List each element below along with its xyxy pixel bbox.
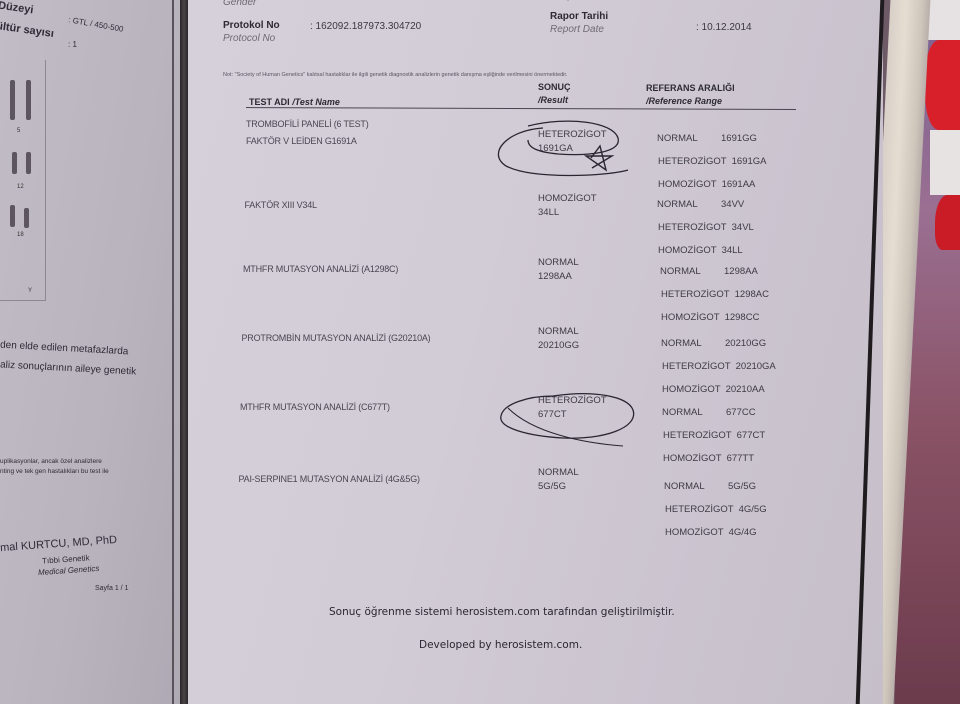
reference-range-row: HOMOZİGOT677TT bbox=[663, 453, 754, 476]
gender-label: Gender bbox=[223, 0, 256, 8]
background-red-object bbox=[925, 40, 960, 130]
paragraph-line: den elde edilen metafazlarda bbox=[0, 340, 129, 358]
report-date-value: : 10.12.2014 bbox=[696, 22, 752, 33]
reference-range-row: HETEROZİGOT1298AC bbox=[661, 289, 769, 312]
col-header-ref-en: /Reference Range bbox=[646, 96, 722, 106]
field-value: : GTL / 450-500 bbox=[68, 15, 124, 34]
test-result: NORMAL20210GG bbox=[538, 325, 579, 353]
reference-range-row: HOMOZİGOT20210AA bbox=[662, 384, 765, 407]
response-date-label: Response Date bbox=[550, 0, 619, 2]
reference-range-row: HETEROZİGOT677CT bbox=[663, 430, 765, 453]
reference-range-row: HOMOZİGOT4G/4G bbox=[665, 527, 757, 550]
protocol-value: : 162092.187973.304720 bbox=[310, 21, 421, 32]
page-number: Sayfa 1 / 1 bbox=[95, 585, 128, 592]
karyotype-image: 5 12 18 Y bbox=[0, 60, 46, 301]
reference-range-row: HETEROZİGOT1691GA bbox=[658, 156, 767, 179]
paragraph-line: nting ve tek gen hastalıkları bu test il… bbox=[0, 468, 109, 475]
footer-tr: Sonuç öğrenme sistemi herosistem.com tar… bbox=[329, 606, 675, 618]
genetics-note: Not: "Society of Human Genetics" kalıtsa… bbox=[223, 72, 567, 78]
reference-range-row: NORMAL20210GG bbox=[661, 338, 766, 361]
report-date-label: Rapor Tarihi bbox=[550, 11, 608, 22]
reference-range-row: NORMAL1691GG bbox=[657, 133, 757, 156]
reference-range-row: NORMAL34VV bbox=[657, 199, 744, 222]
test-result: NORMAL1298AA bbox=[538, 256, 579, 284]
binder-spine bbox=[180, 0, 188, 704]
signature-dept: Tıbbi Genetik bbox=[42, 553, 90, 565]
col-header-result-en: /Result bbox=[538, 95, 568, 105]
panel-title: TROMBOFİLİ PANELİ (6 TEST) bbox=[246, 119, 369, 129]
signature-dept-en: Medical Genetics bbox=[38, 564, 100, 577]
left-page: Düzeyi : GTL / 450-500 ültür sayısı : 1 … bbox=[0, 0, 180, 704]
protocol-label-en: Protocol No bbox=[223, 33, 275, 44]
reference-range-row: HETEROZİGOT34VL bbox=[658, 222, 754, 245]
protocol-label: Protokol No bbox=[223, 20, 280, 31]
test-name: PAI-SERPINE1 MUTASYON ANALİZİ (4G&5G) bbox=[239, 474, 420, 484]
test-name: FAKTÖR V LEİDEN G1691A bbox=[246, 136, 357, 146]
footer-en: Developed by herosistem.com. bbox=[419, 639, 582, 651]
field-label: ültür sayısı bbox=[0, 20, 55, 40]
paragraph-line: uplikasyonlar, ancak özel analizlere bbox=[0, 458, 102, 465]
test-result: HOMOZİGOT34LL bbox=[538, 192, 597, 220]
reference-range-row: HETEROZİGOT4G/5G bbox=[665, 504, 767, 527]
col-header-ref-tr: REFERANS ARALIĞI bbox=[646, 83, 735, 93]
test-result: NORMAL5G/5G bbox=[538, 466, 579, 494]
test-result: HETEROZİGOT1691GA bbox=[538, 128, 607, 156]
header-rule bbox=[246, 107, 796, 110]
reference-range-row: NORMAL677CC bbox=[662, 407, 756, 430]
test-name: FAKTÖR XIII V34L bbox=[245, 200, 317, 210]
reference-range-row: NORMAL5G/5G bbox=[664, 481, 756, 504]
col-header-test: TEST ADI /Test Name bbox=[249, 97, 340, 107]
reference-range-row: HOMOZİGOT1298CC bbox=[661, 312, 759, 335]
report-page: Gender Protokol No Protocol No : 162092.… bbox=[188, 0, 883, 704]
reference-range-row: NORMAL1298AA bbox=[660, 266, 758, 289]
report-date-label-en: Report Date bbox=[550, 24, 604, 35]
background-red-object bbox=[935, 195, 960, 250]
page-border bbox=[172, 0, 174, 704]
test-name: PROTROMBİN MUTASYON ANALİZİ (G20210A) bbox=[242, 333, 431, 343]
reference-range-row: HETEROZİGOT20210GA bbox=[662, 361, 776, 384]
field-value: : 1 bbox=[68, 40, 77, 49]
field-label: Düzeyi bbox=[0, 0, 34, 16]
signature-name: mal KURTCU, MD, PhD bbox=[0, 534, 117, 554]
col-header-result-tr: SONUÇ bbox=[538, 82, 571, 92]
test-name: MTHFR MUTASYON ANALİZİ (C677T) bbox=[240, 402, 390, 412]
test-name: MTHFR MUTASYON ANALİZİ (A1298C) bbox=[243, 264, 398, 274]
test-result: HETEROZİGOT677CT bbox=[538, 394, 607, 422]
background-white-area bbox=[930, 130, 960, 195]
paragraph-line: aliz sonuçlarının aileye genetik bbox=[0, 359, 136, 377]
reference-range-row: HOMOZİGOT34LL bbox=[658, 245, 743, 268]
